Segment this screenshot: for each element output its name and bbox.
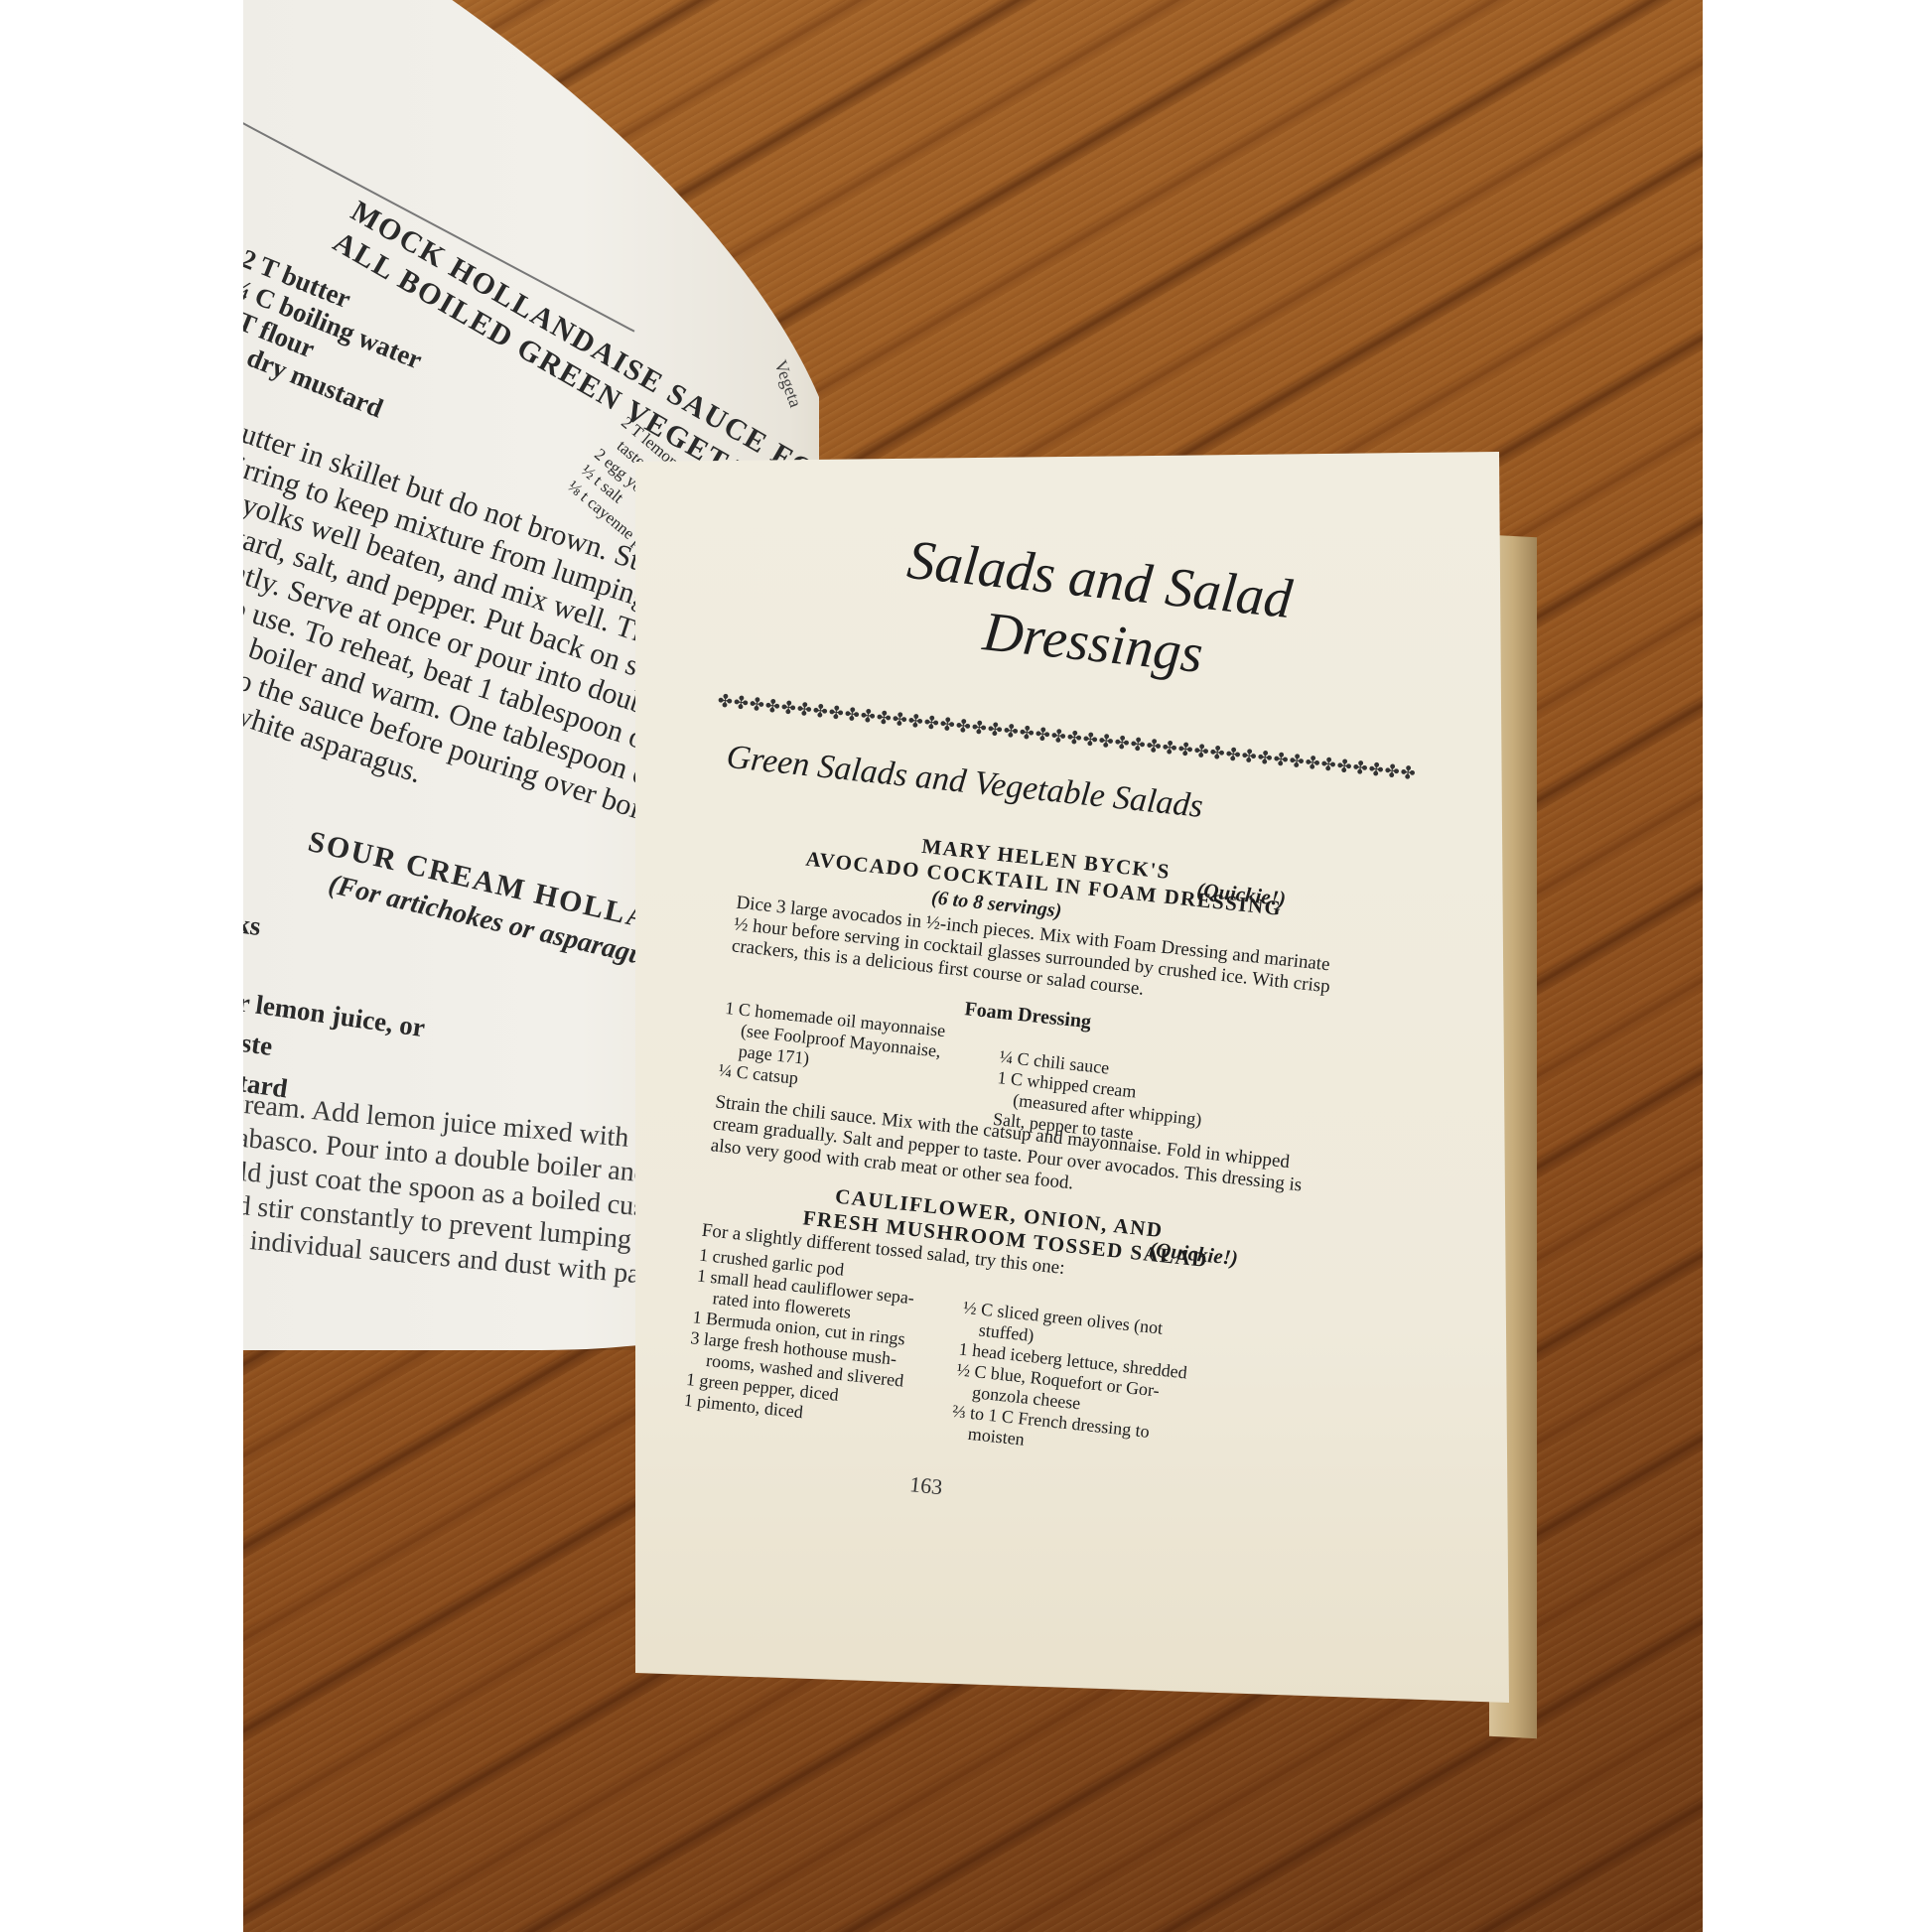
ingredients-left: 1 crushed garlic pod 1 small head caulif… (683, 1245, 917, 1434)
sub-recipe-title: Foam Dressing (963, 998, 1092, 1034)
ingredients-right: ½ C sliced green olives (not stuffed) 1 … (949, 1298, 1192, 1466)
running-head: Vegeta (769, 357, 805, 410)
ingredients-left: 1 C homemade oil mayonnaise (see Foolpro… (718, 998, 947, 1104)
chapter-title: Salads and Salad Dressings (813, 519, 1379, 704)
right-page-content: Salads and Salad Dressings ✤✤✤✤✤✤✤✤✤✤✤✤✤… (506, 424, 1506, 1759)
right-page-number: 163 (908, 1471, 944, 1500)
photo-scene: 162 MOCK HOLLANDAISE SAUCE FOR ALL BOILE… (243, 0, 1703, 1932)
